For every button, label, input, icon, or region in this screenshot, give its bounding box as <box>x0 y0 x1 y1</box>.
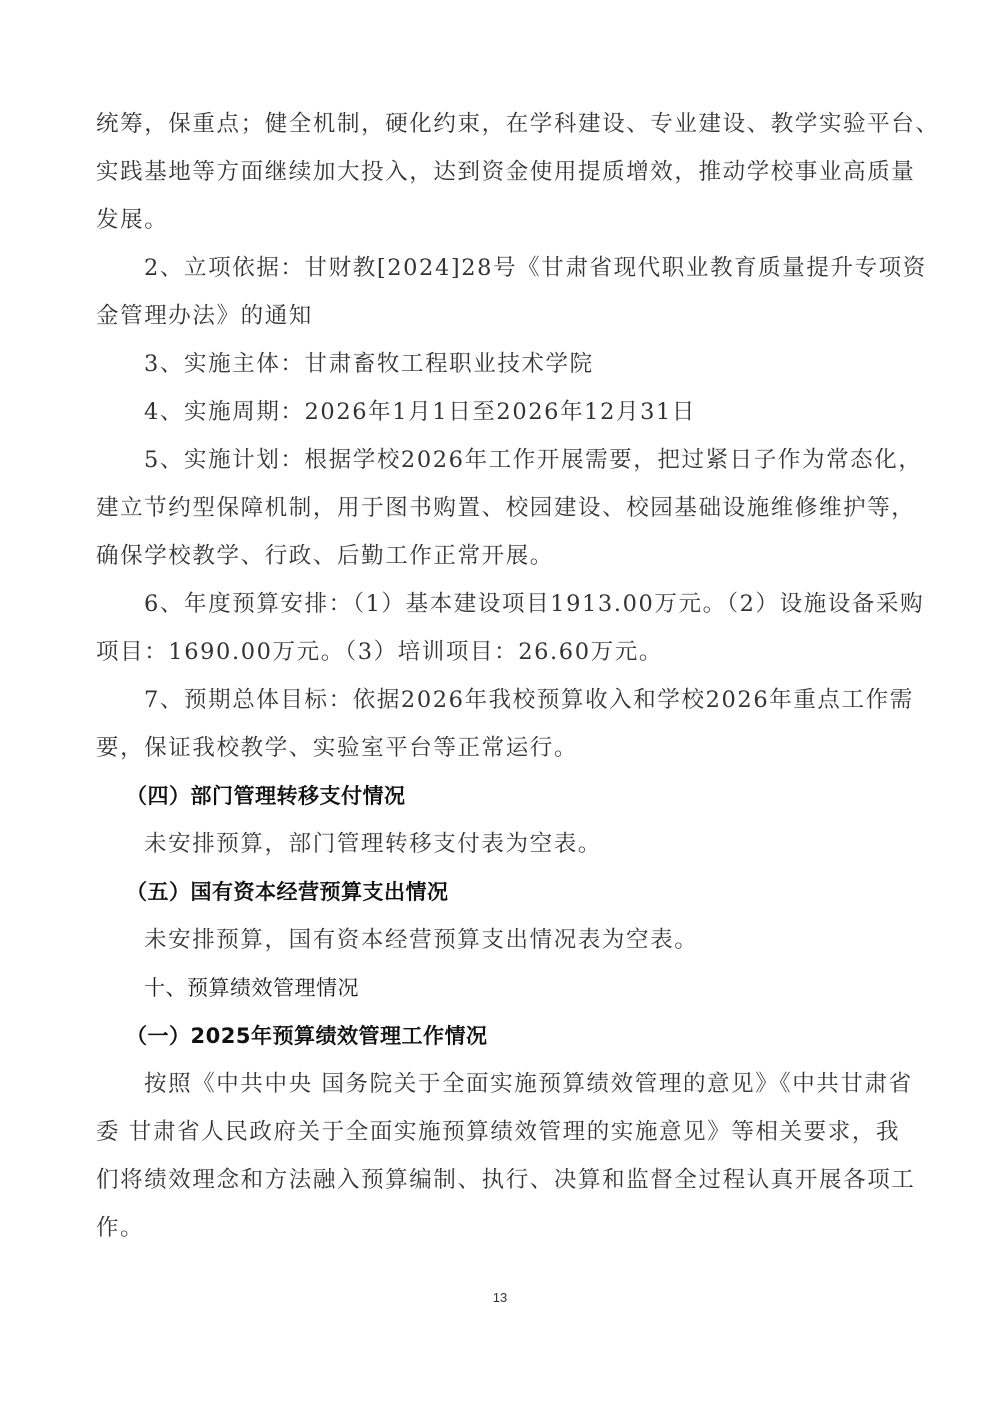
text-line: 6、年度预算安排：（1）基本建设项目1913.00万元。（2）设施设备采购 <box>96 580 908 628</box>
paragraph-annual-budget: 6、年度预算安排：（1）基本建设项目1913.00万元。（2）设施设备采购 项目… <box>96 580 908 676</box>
text-line: 5、实施计划：根据学校2026年工作开展需要，把过紧日子作为常态化， <box>96 436 908 484</box>
section-heading-transfer-payment: （四）部门管理转移支付情况 <box>96 772 908 820</box>
text-line: 委 甘肃省人民政府关于全面实施预算绩效管理的实施意见》等相关要求，我 <box>96 1108 908 1156</box>
paragraph-transfer-payment: 未安排预算，部门管理转移支付表为空表。 <box>96 820 908 868</box>
text-line: 们将绩效理念和方法融入预算编制、执行、决算和监督全过程认真开展各项工 <box>96 1156 908 1204</box>
text-line: 发展。 <box>96 196 908 244</box>
text-line: 要，保证我校教学、实验室平台等正常运行。 <box>96 724 908 772</box>
text-line: 未安排预算，部门管理转移支付表为空表。 <box>96 820 908 868</box>
text-line: 统筹，保重点；健全机制，硬化约束，在学科建设、专业建设、教学实验平台、 <box>96 100 908 148</box>
text-line: 金管理办法》的通知 <box>96 292 908 340</box>
section-heading-state-capital: （五）国有资本经营预算支出情况 <box>96 868 908 916</box>
paragraph-overall-goal: 7、预期总体目标：依据2026年我校预算收入和学校2026年重点工作需 要，保证… <box>96 676 908 772</box>
paragraph-implementation-plan: 5、实施计划：根据学校2026年工作开展需要，把过紧日子作为常态化， 建立节约型… <box>96 436 908 580</box>
paragraph-continuation: 统筹，保重点；健全机制，硬化约束，在学科建设、专业建设、教学实验平台、 实践基地… <box>96 100 908 244</box>
text-line: 按照《中共中央 国务院关于全面实施预算绩效管理的意见》《中共甘肃省 <box>96 1060 908 1108</box>
text-line: 作。 <box>96 1204 908 1252</box>
text-line: 2、立项依据：甘财教[2024]28号《甘肃省现代职业教育质量提升专项资 <box>96 244 908 292</box>
paragraph-implementation-period: 4、实施周期：2026年1月1日至2026年12月31日 <box>96 388 908 436</box>
text-line: 4、实施周期：2026年1月1日至2026年12月31日 <box>96 388 908 436</box>
text-line: 项目：1690.00万元。（3）培训项目：26.60万元。 <box>96 628 908 676</box>
document-page: 统筹，保重点；健全机制，硬化约束，在学科建设、专业建设、教学实验平台、 实践基地… <box>96 100 908 1252</box>
text-line: 实践基地等方面继续加大投入，达到资金使用提质增效，推动学校事业高质量 <box>96 148 908 196</box>
paragraph-state-capital: 未安排预算，国有资本经营预算支出情况表为空表。 <box>96 916 908 964</box>
text-line: 未安排预算，国有资本经营预算支出情况表为空表。 <box>96 916 908 964</box>
chapter-heading-performance-management: 十、预算绩效管理情况 <box>96 964 908 1012</box>
paragraph-project-basis: 2、立项依据：甘财教[2024]28号《甘肃省现代职业教育质量提升专项资 金管理… <box>96 244 908 340</box>
paragraph-2025-performance: 按照《中共中央 国务院关于全面实施预算绩效管理的意见》《中共甘肃省 委 甘肃省人… <box>96 1060 908 1252</box>
text-line: 确保学校教学、行政、后勤工作正常开展。 <box>96 532 908 580</box>
text-line: 建立节约型保障机制，用于图书购置、校园建设、校园基础设施维修维护等， <box>96 484 908 532</box>
text-line: 7、预期总体目标：依据2026年我校预算收入和学校2026年重点工作需 <box>96 676 908 724</box>
text-line: 3、实施主体：甘肃畜牧工程职业技术学院 <box>96 340 908 388</box>
section-heading-2025-performance: （一）2025年预算绩效管理工作情况 <box>96 1012 908 1060</box>
page-number: 13 <box>0 1290 1000 1305</box>
paragraph-implementing-entity: 3、实施主体：甘肃畜牧工程职业技术学院 <box>96 340 908 388</box>
